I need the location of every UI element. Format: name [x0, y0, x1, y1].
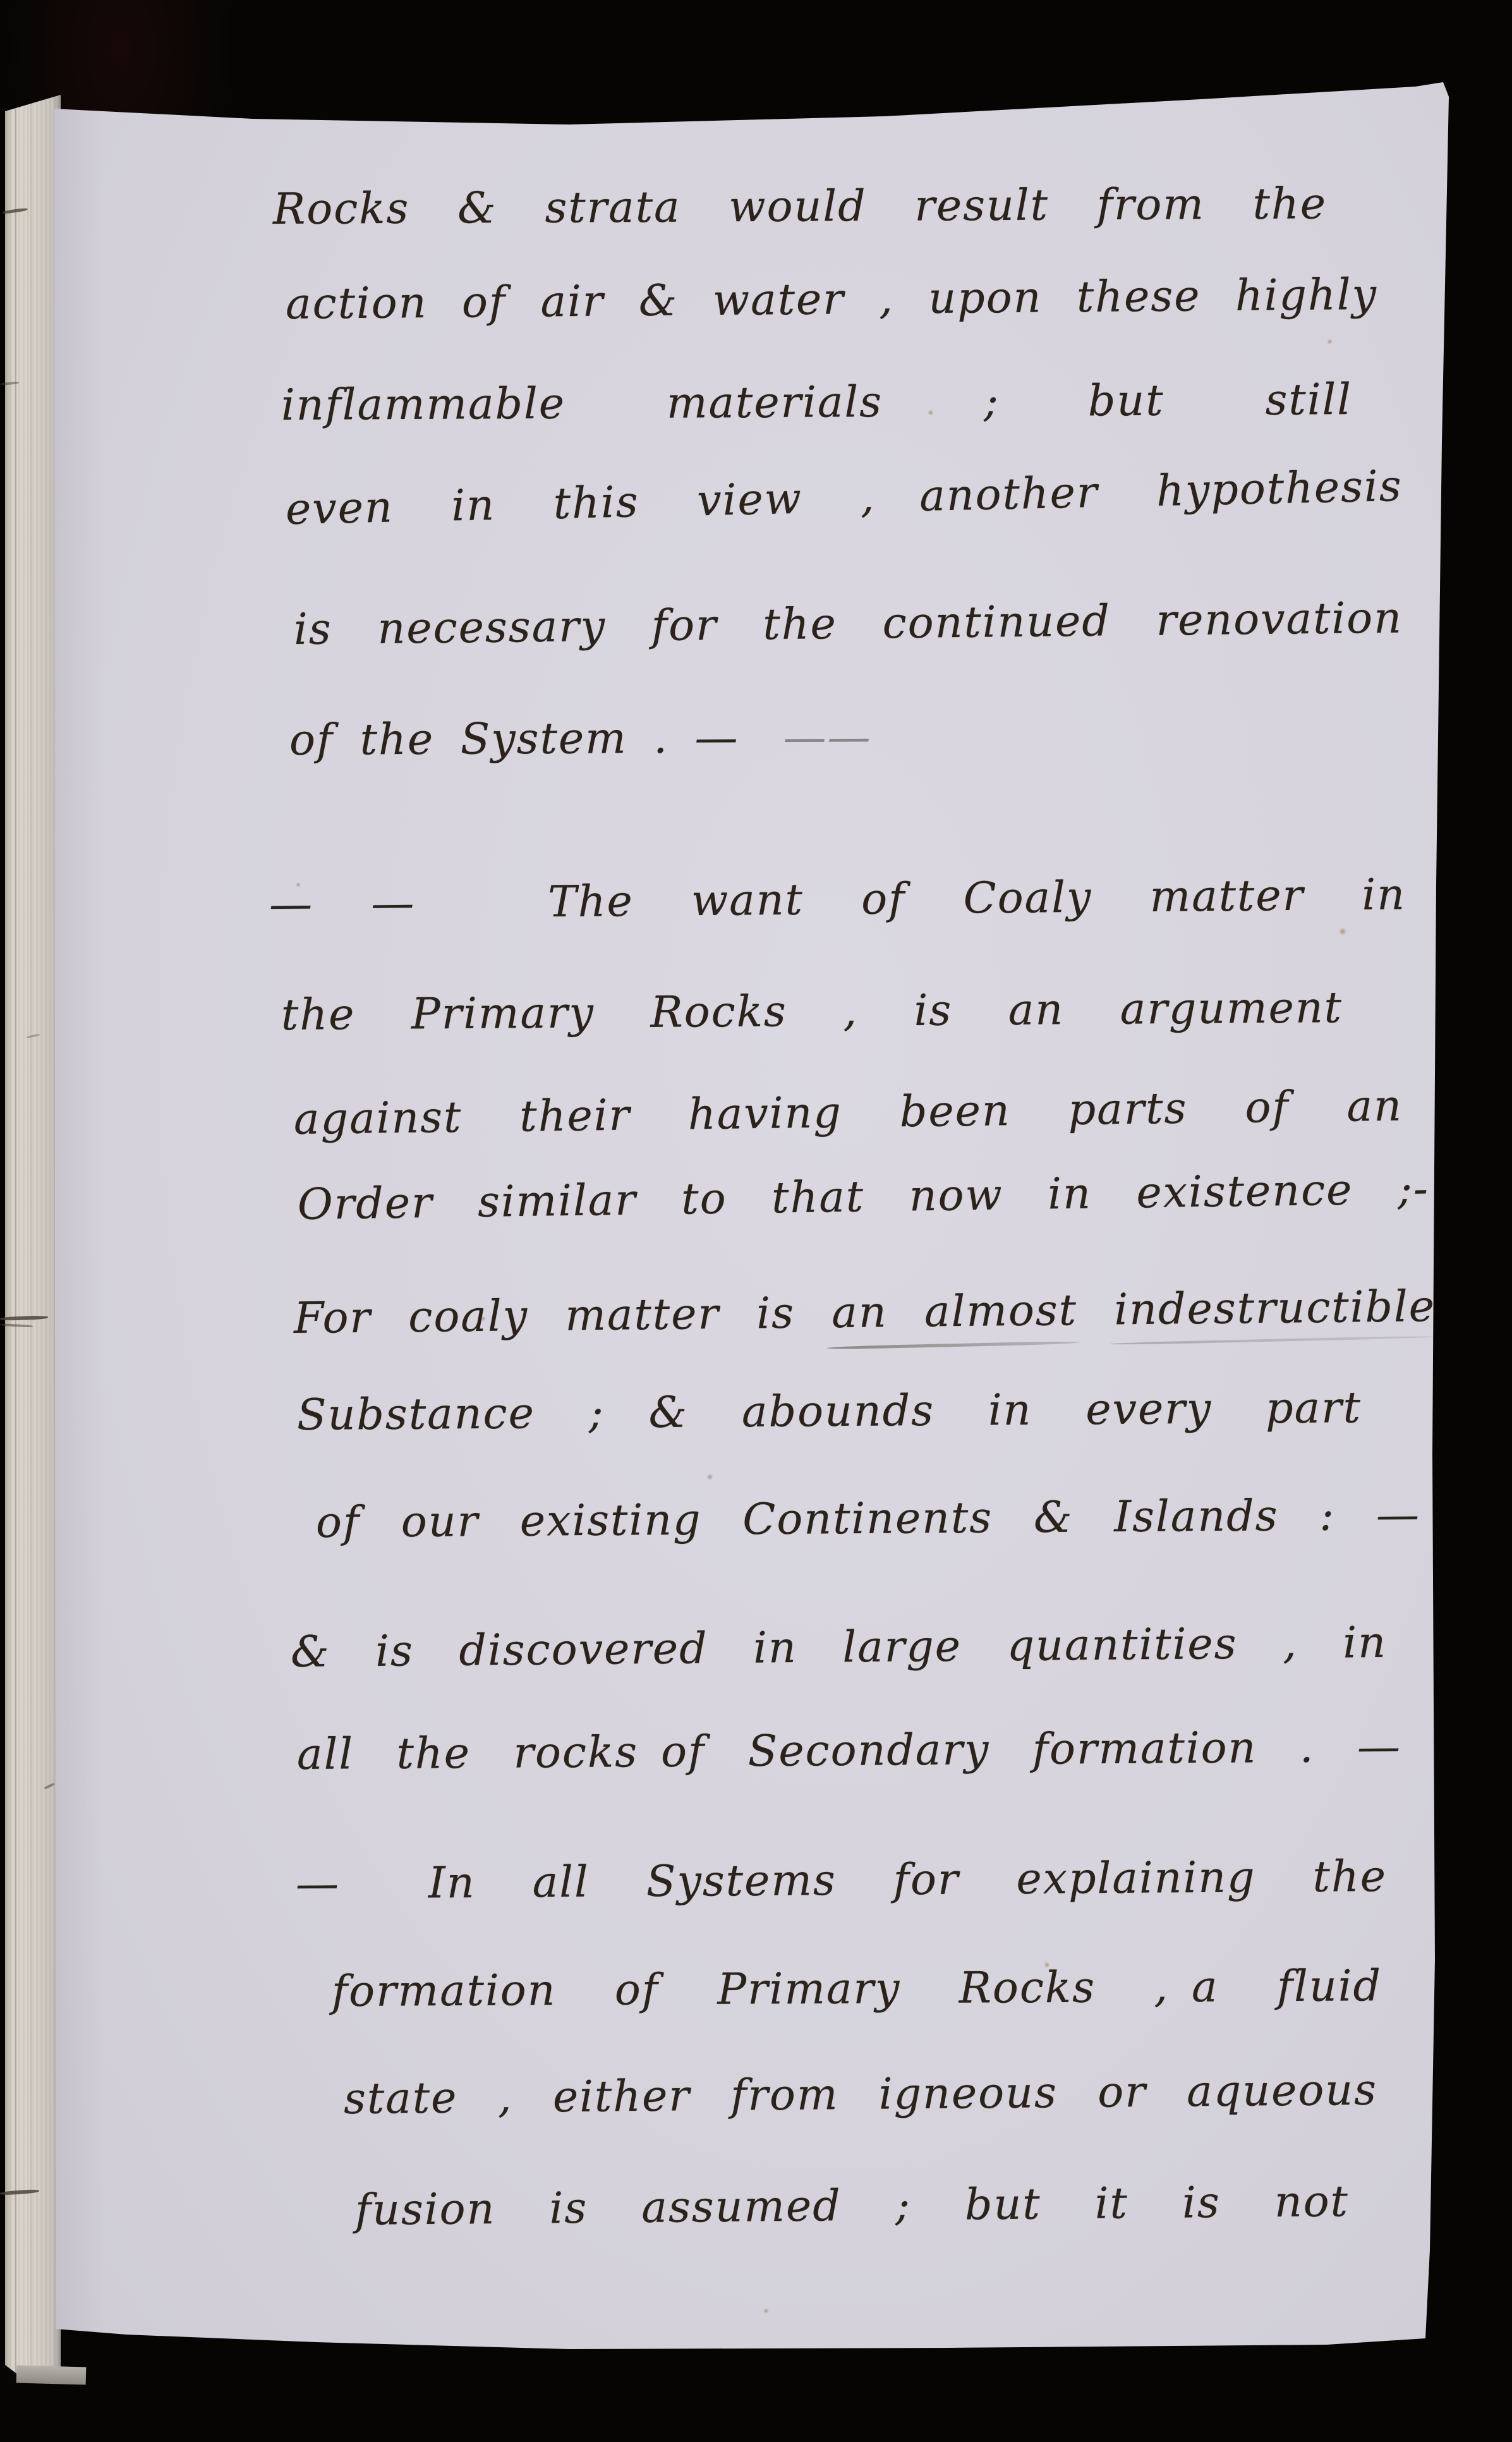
manuscript-line: action of air & water , upon these highl… — [285, 251, 1377, 349]
handwriting-segment: against their having been parts of an — [294, 1081, 1403, 1145]
handwriting-segment — [1077, 1285, 1115, 1335]
underlined-words: indestructible — [1114, 1282, 1436, 1335]
fore-edge-crease — [15, 95, 16, 2378]
photographed-manuscript: Rocks & strata would result from theacti… — [0, 0, 1512, 2442]
manuscript-line: is necessary for the continued renovatio… — [293, 574, 1403, 674]
handwriting-segment: of our existing Continents & Islands : — — [316, 1490, 1421, 1548]
manuscript-line: Order similar to that now in existence ;… — [297, 1145, 1430, 1249]
handwriting-segment: —— — [783, 712, 871, 763]
handwriting-segment: For coaly matter is — [294, 1288, 832, 1344]
handwriting-segment: — — The want of Coaly matter in — [269, 870, 1406, 930]
manuscript-line: of the System . — —— — [289, 693, 866, 785]
table-sliver — [16, 2366, 87, 2385]
manuscript-line: & is discovered in large quantities , in — [290, 1599, 1387, 1697]
handwriting-segment: is necessary for the continued renovatio… — [294, 593, 1403, 655]
manuscript-line: even in this view , another hypothesis — [285, 442, 1404, 554]
manuscript-line: all the rocks of Secondary formation . — — [297, 1703, 1402, 1799]
handwriting-segment: Rocks & strata would result from the — [273, 179, 1327, 234]
manuscript-page: Rocks & strata would result from theacti… — [0, 0, 1512, 2442]
manuscript-line: inflammable materials ; but still — [281, 356, 1353, 450]
handwriting-segment: — In all Systems for explaining the — [296, 1852, 1388, 1909]
handwriting-segment: action of air & water , upon these highl… — [286, 270, 1378, 329]
handwriting-segment: all the rocks of Secondary formation . — — [297, 1722, 1402, 1780]
handwriting-segment: Substance ; & abounds in every part — [297, 1383, 1362, 1440]
handwriting-segment: & is discovered in large quantities , in — [291, 1618, 1388, 1677]
manuscript-line: — — The want of Coaly matter in — [269, 851, 1406, 949]
handwriting-segment: Order similar to that now in existence ;… — [297, 1164, 1429, 1230]
foxing-speck — [763, 2308, 769, 2314]
handwriting-segment: fusion is assumed ; but it is not — [355, 2177, 1350, 2235]
manuscript-line: formation of Primary Rocks , a fluid — [332, 1942, 1382, 2036]
manuscript-line: — In all Systems for explaining the — [296, 1833, 1388, 1929]
manuscript-line: Rocks & strata would result from the — [273, 160, 1328, 254]
handwriting-segment: formation of Primary Rocks , a fluid — [332, 1961, 1382, 2017]
handwriting-segment: of the System . — — [289, 713, 783, 765]
manuscript-line: For coaly matter is an almost indestruct… — [293, 1263, 1436, 1363]
handwriting-segment: state , either from igneous or aqueous — [344, 2065, 1378, 2124]
fore-edge-crease — [30, 95, 32, 2378]
handwriting-segment: inflammable materials ; but still — [281, 375, 1352, 430]
handwriting-segment: the Primary Rocks , is an argument — [281, 983, 1343, 1040]
book-fore-edge — [5, 95, 61, 2378]
manuscript-line: fusion is assumed ; but it is not — [354, 2158, 1349, 2255]
manuscript-line: Substance ; & abounds in every part — [297, 1364, 1362, 1460]
manuscript-line: the Primary Rocks , is an argument — [281, 964, 1343, 1060]
underlined-words: an almost — [832, 1285, 1077, 1338]
manuscript-line: of our existing Continents & Islands : — — [316, 1471, 1421, 1567]
manuscript-line: state , either from igneous or aqueous — [343, 2046, 1377, 2144]
handwriting-segment: even in this view , another hypothesis — [285, 461, 1403, 535]
